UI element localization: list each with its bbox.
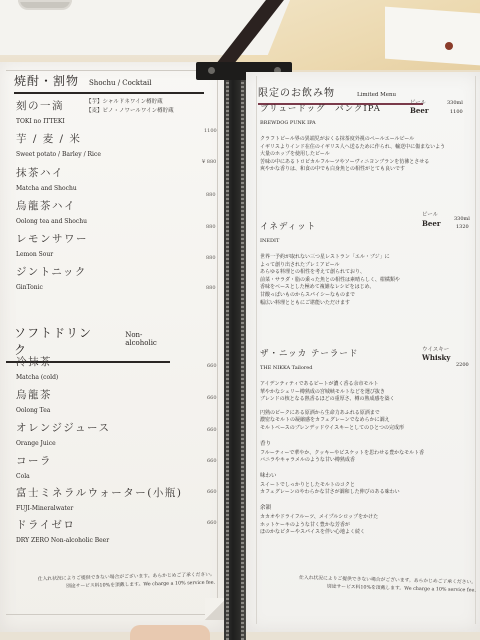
item-name-jp: 富士ミネラルウォーター(小瓶)	[16, 485, 182, 500]
item-name-en: FUJI-Mineralwater	[16, 505, 182, 512]
item-name-en: GinTonic	[16, 284, 87, 291]
item-price: 880	[206, 255, 216, 261]
rivet	[208, 67, 215, 74]
tasting-line: ほのかなビターやスパイスを伴い心地よく続く	[260, 529, 465, 537]
section-header-shochu: 焼酎・割物 Shochu / Cocktail	[14, 72, 204, 94]
menu-page-left: 焼酎・割物 Shochu / Cocktail 刻の一滴 TOKI no ITT…	[0, 62, 226, 632]
item-notes: 【芋】シャルドネワイン樽貯蔵 【麦】ピノ・ノワールワイン樽貯蔵	[86, 98, 206, 116]
item-price: 880	[206, 285, 216, 291]
menu-item: コーラ Cola	[16, 453, 52, 480]
drink-type-jp: ウイスキー	[422, 345, 449, 353]
tasting-line: バニラやキャラメルのような甘い樽熟成香	[260, 457, 465, 465]
description-line: 爽やかな香りは、和食の中でも白身魚との相性がとても良いです	[260, 166, 465, 174]
description-line: 濃密なモルトの凝縮感をカフェグレーンでなめらかに調え	[260, 417, 465, 425]
section-title-jp: ソフトドリンク	[14, 324, 97, 358]
section-title-en: Non-alcoholic	[125, 331, 170, 347]
drink-type-en: Whisky	[422, 353, 450, 362]
tasting-label: 味わい	[260, 471, 465, 479]
drink-volume: 330ml	[447, 100, 463, 106]
tasting-label: 香り	[260, 439, 465, 447]
tasting-line: ホットケーキのような甘く豊かな芳香が	[260, 522, 465, 530]
item-name-jp: 烏龍茶	[16, 387, 52, 402]
item-price: 660	[207, 458, 217, 464]
description-line: モルトベースのブレンデッドウイスキーとしてのひとつの完成形	[260, 425, 465, 433]
item-price: 660	[207, 363, 217, 369]
section-title-jp: 限定のお飲み物	[258, 84, 335, 99]
item-price: 1100	[204, 128, 217, 134]
item-name-en: Oolong tea and Shochu	[16, 218, 87, 225]
item-name-en: TOKI no ITTEKI	[16, 118, 65, 125]
item-price: 660	[207, 489, 217, 495]
item-name-jp: 刻の一滴	[16, 98, 65, 113]
item-name-jp: 冷抹茶	[16, 354, 58, 369]
finger	[130, 625, 210, 640]
description-line: クラフトビール界の異端児がおくる抹茶度外視のペールエールビール	[260, 136, 465, 144]
item-name-jp: ジントニック	[16, 264, 87, 279]
limited-drink: イネディット INEDIT ビール Beer 330ml 1320 世界一予約が…	[260, 220, 465, 307]
description-line: 大量のホップを使用したビール	[260, 151, 465, 159]
section-title-en: Shochu / Cocktail	[89, 79, 151, 87]
item-name-jp: オレンジジュース	[16, 420, 110, 435]
item-price: 660	[207, 520, 217, 526]
item-note: 【芋】シャルドネワイン樽貯蔵	[86, 98, 206, 107]
description-line: 香味をベースとした極めて複雑なレシピをはじめ、	[260, 284, 465, 292]
drink-description: 世界一予約が取れない三つ星レストラン「エル・ブジ」に よって創り出されたプレミア…	[260, 254, 465, 307]
item-name-en: Orange Juice	[16, 440, 110, 447]
limited-drink: ザ・ニッカ テーラード THE NIKKA Tailored ウイスキー Whi…	[260, 347, 465, 537]
tasting-notes: カカオやドライフルーツ、メイプルシロップをかけた ホットケーキのような甘く豊かな…	[260, 514, 465, 537]
item-name-jp: レモンサワー	[16, 231, 88, 246]
binder-spine	[224, 62, 246, 640]
drink-volume: 330ml	[454, 216, 470, 222]
item-name-jp: 抹茶ハイ	[16, 165, 77, 180]
drink-description: クラフトビール界の異端児がおくる抹茶度外視のペールエールビール イギリスよりイン…	[260, 136, 465, 174]
menu-item: 抹茶ハイ Matcha and Shochu	[16, 165, 77, 192]
description-line: 幅広い料理とともにご堪能いただけます	[260, 300, 465, 308]
drink-name-jp: ブリュードッグ パンクIPA	[260, 102, 465, 114]
item-note: 【麦】ピノ・ノワールワイン樽貯蔵	[86, 107, 206, 116]
drink-type-jp: ビール	[410, 98, 426, 106]
menu-item: オレンジジュース Orange Juice	[16, 420, 110, 447]
tasting-notes: フルーティーで華やか、クッキーやビスケットを思わせる豊かなモルト香 バニラやキャ…	[260, 450, 465, 465]
menu-item: レモンサワー Lemon Sour	[16, 231, 88, 258]
menu-item: ドライゼロ DRY ZERO Non-alcoholic Beer	[16, 517, 109, 544]
menu-item: 烏龍茶ハイ Oolong tea and Shochu	[16, 198, 87, 225]
saucer	[18, 0, 72, 10]
description-line: ブレンドの核となる熱香るほどの重厚さ、樽の熟成感を築く	[260, 396, 465, 404]
menu-item: 冷抹茶 Matcha (cold)	[16, 354, 58, 381]
item-name-jp: 烏龍茶ハイ	[16, 198, 87, 213]
drink-price: 1320	[456, 224, 469, 230]
item-name-jp: ドライゼロ	[16, 517, 109, 532]
drink-type-en: Beer	[410, 106, 429, 115]
item-name-en: Matcha (cold)	[16, 374, 58, 381]
drink-price: 2200	[456, 362, 469, 368]
drink-name-en: THE NIKKA Tailored	[260, 365, 465, 371]
description-line: アイデンティティであるピートが濃く香る余市モルト	[260, 381, 465, 389]
drink-price: 1100	[450, 109, 463, 115]
section-title-jp: 焼酎・割物	[14, 72, 79, 89]
item-name-en: Cola	[16, 473, 52, 480]
drink-description: アイデンティティであるピートが濃く香る余市モルト 華やかなシェリー樽熟成の宮城峡…	[260, 381, 465, 433]
menu-page-right: 限定のお飲み物 Limited Menu ブリュードッグ パンクIPA BREW…	[246, 72, 480, 632]
item-price: 660	[207, 395, 217, 401]
menu-item: 刻の一滴 TOKI no ITTEKI 【芋】シャルドネワイン樽貯蔵 【麦】ピノ…	[16, 98, 65, 125]
item-name-en: DRY ZERO Non-alcoholic Beer	[16, 537, 109, 544]
tasting-label: 余韻	[260, 503, 465, 511]
description-line: 世界一予約が取れない三つ星レストラン「エル・ブジ」に	[260, 254, 465, 262]
description-line: 甘酸っぱいものからスパイシーなものまで	[260, 292, 465, 300]
item-name-en: Lemon Sour	[16, 251, 88, 258]
section-title-en: Limited Menu	[357, 92, 396, 98]
item-name-en: Oolong Tea	[16, 407, 52, 414]
item-name-en: Matcha and Shochu	[16, 185, 77, 192]
drink-type-jp: ビール	[422, 210, 438, 218]
drink-name-en: BREWDOG PUNK IPA	[260, 120, 465, 126]
tasting-line: カフェグレーンのやわらかな甘さが調和した伸びのある味わい	[260, 489, 465, 497]
menu-item: 富士ミネラルウォーター(小瓶) FUJI-Mineralwater	[16, 485, 182, 512]
item-price: 660	[207, 427, 217, 433]
item-price: 880	[206, 192, 216, 198]
item-name-en: Sweet potato / Barley / Rice	[16, 151, 101, 158]
tasting-line: カカオやドライフルーツ、メイプルシロップをかけた	[260, 514, 465, 522]
menu-item: ジントニック GinTonic	[16, 264, 87, 291]
description-line: あらゆる料理との相性を考えて創られており、	[260, 269, 465, 277]
drink-name-en: INEDIT	[260, 238, 465, 244]
item-name-jp: コーラ	[16, 453, 52, 468]
limited-drink: ブリュードッグ パンクIPA BREWDOG PUNK IPA ビール Beer…	[260, 102, 465, 174]
card-mark	[445, 42, 453, 50]
menu-item: 芋 / 麦 / 米 Sweet potato / Barley / Rice	[16, 131, 101, 158]
menu-item: 烏龍茶 Oolong Tea	[16, 387, 52, 414]
card-corner	[385, 7, 480, 66]
tasting-notes: スイートでしっかりとしたモルトのコクと カフェグレーンのやわらかな甘さが調和した…	[260, 482, 465, 497]
item-price: 880	[206, 224, 216, 230]
item-price: ¥ 880	[202, 159, 216, 165]
item-name-jp: 芋 / 麦 / 米	[16, 131, 101, 146]
drink-type-en: Beer	[422, 219, 441, 228]
